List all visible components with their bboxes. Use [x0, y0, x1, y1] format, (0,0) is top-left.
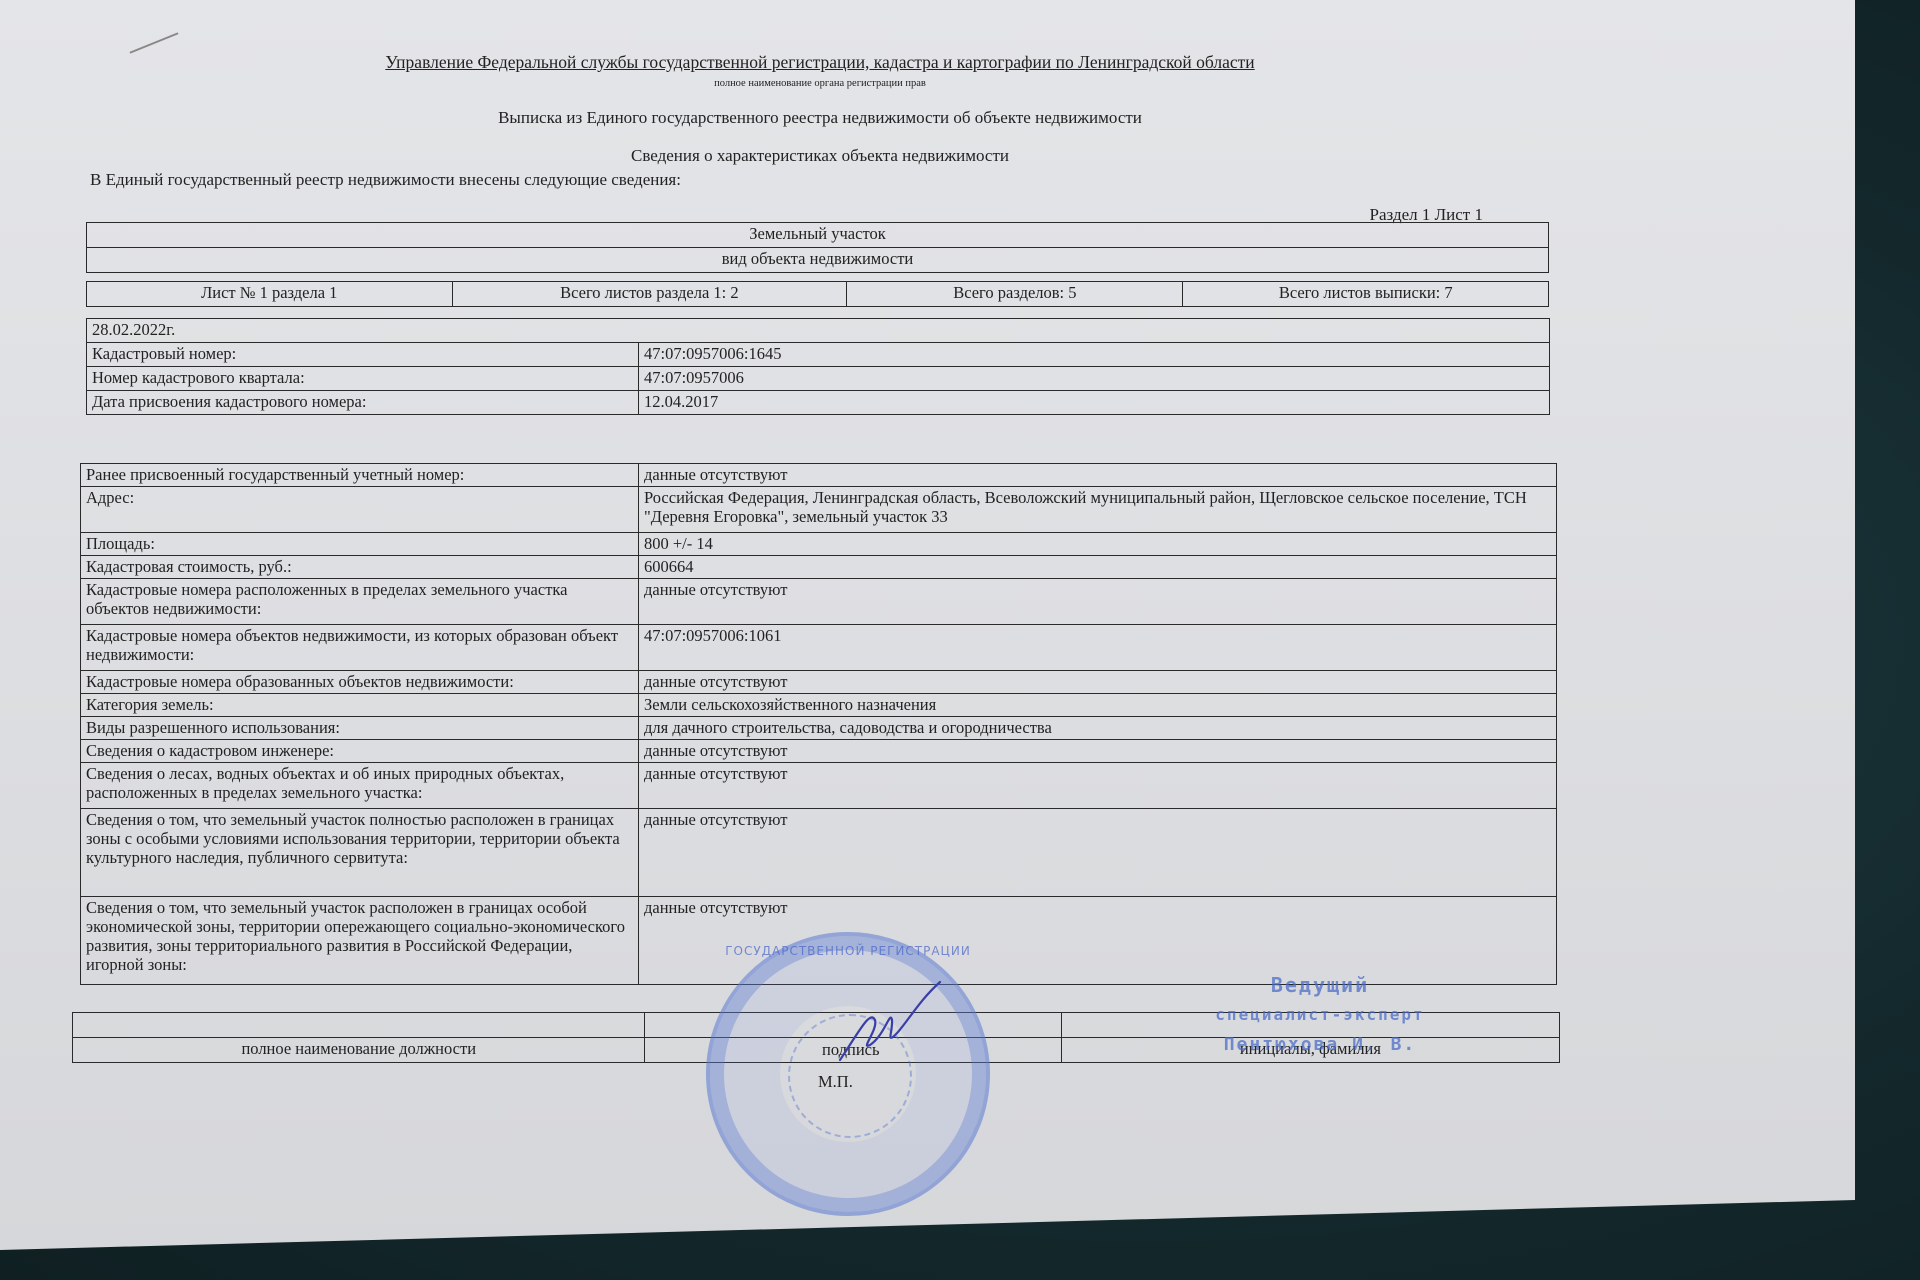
row-label: Кадастровый номер: [87, 343, 639, 367]
row-value: данные отсутствуют [639, 809, 1557, 897]
seal-place-caption: М.П. [818, 1072, 853, 1092]
row-label: Кадастровые номера объектов недвижимости… [81, 625, 639, 671]
table-row: Сведения о лесах, водных объектах и об и… [81, 763, 1557, 809]
extract-date: 28.02.2022г. [87, 319, 1550, 343]
row-label: Ранее присвоенный государственный учетны… [81, 464, 639, 487]
row-value: данные отсутствуют [639, 464, 1557, 487]
area-value: 800 +/- 14 [639, 533, 1557, 556]
table-row: Ранее присвоенный государственный учетны… [81, 464, 1557, 487]
name-cell [1061, 1013, 1559, 1038]
source-cadastral-number: 47:07:0957006:1061 [639, 625, 1557, 671]
main-info-table: 28.02.2022г. Кадастровый номер: 47:07:09… [86, 318, 1550, 415]
pencil-mark [130, 32, 179, 53]
cadastral-number: 47:07:0957006:1645 [639, 343, 1550, 367]
row-label: Площадь: [81, 533, 639, 556]
sheets-table: Лист № 1 раздела 1 Всего листов раздела … [86, 281, 1549, 307]
assignment-date: 12.04.2017 [639, 391, 1550, 415]
signature-caption-text: подпись [822, 1040, 880, 1060]
row-label: Сведения о том, что земельный участок ра… [81, 897, 639, 985]
row-label: Кадастровая стоимость, руб.: [81, 556, 639, 579]
table-row: Сведения о кадастровом инженере: данные … [81, 740, 1557, 763]
row-label: Кадастровые номера образованных объектов… [81, 671, 639, 694]
signature-table: полное наименование должности инициалы, … [72, 1012, 1560, 1063]
row-label: Сведения о том, что земельный участок по… [81, 809, 639, 897]
table-row: Кадастровые номера образованных объектов… [81, 671, 1557, 694]
row-label: Виды разрешенного использования: [81, 717, 639, 740]
table-row: Виды разрешенного использования: для дач… [81, 717, 1557, 740]
row-value: данные отсутствуют [639, 740, 1557, 763]
row-label: Дата присвоения кадастрового номера: [87, 391, 639, 415]
organization-caption: полное наименование органа регистрации п… [330, 78, 1310, 89]
address-value: Российская Федерация, Ленинградская обла… [639, 487, 1557, 533]
properties-table: Ранее присвоенный государственный учетны… [80, 463, 1557, 985]
table-row: Адрес: Российская Федерация, Ленинградск… [81, 487, 1557, 533]
table-row: Сведения о том, что земельный участок ра… [81, 897, 1557, 985]
permitted-use: для дачного строительства, садоводства и… [639, 717, 1557, 740]
table-row: Площадь: 800 +/- 14 [81, 533, 1557, 556]
row-value: данные отсутствуют [639, 897, 1557, 985]
intro-text: В Единый государственный реестр недвижим… [90, 170, 681, 190]
row-value: данные отсутствуют [639, 671, 1557, 694]
row-label: Адрес: [81, 487, 639, 533]
table-row: Сведения о том, что земельный участок по… [81, 809, 1557, 897]
cadastral-value: 600664 [639, 556, 1557, 579]
table-row: Кадастровые номера расположенных в преде… [81, 579, 1557, 625]
row-label: Категория земель: [81, 694, 639, 717]
total-sections: Всего разделов: 5 [847, 282, 1183, 307]
position-cell [73, 1013, 645, 1038]
sheet-number: Лист № 1 раздела 1 [87, 282, 453, 307]
cadastral-quarter: 47:07:0957006 [639, 367, 1550, 391]
signature-cell [645, 1013, 1061, 1038]
position-caption: полное наименование должности [73, 1038, 645, 1063]
row-label: Сведения о кадастровом инженере: [81, 740, 639, 763]
organization-name: Управление Федеральной службы государств… [330, 52, 1310, 73]
row-label: Номер кадастрового квартала: [87, 367, 639, 391]
object-kind-value: Земельный участок [87, 223, 1549, 248]
table-row: Кадастровые номера объектов недвижимости… [81, 625, 1557, 671]
table-row: Номер кадастрового квартала: 47:07:09570… [87, 367, 1550, 391]
row-label: Кадастровые номера расположенных в преде… [81, 579, 639, 625]
object-kind-table: Земельный участок вид объекта недвижимос… [86, 222, 1549, 273]
row-label: Сведения о лесах, водных объектах и об и… [81, 763, 639, 809]
row-value: данные отсутствуют [639, 579, 1557, 625]
total-sheets: Всего листов выписки: 7 [1183, 282, 1549, 307]
total-sheets-section: Всего листов раздела 1: 2 [452, 282, 847, 307]
land-category: Земли сельскохозяйственного назначения [639, 694, 1557, 717]
document-title: Выписка из Единого государственного реес… [330, 108, 1310, 128]
table-row: Дата присвоения кадастрового номера: 12.… [87, 391, 1550, 415]
name-caption: инициалы, фамилия [1061, 1038, 1559, 1063]
document-subtitle: Сведения о характеристиках объекта недви… [330, 146, 1310, 166]
table-row: Кадастровый номер: 47:07:0957006:1645 [87, 343, 1550, 367]
table-row: Кадастровая стоимость, руб.: 600664 [81, 556, 1557, 579]
document-page: Управление Федеральной службы государств… [0, 0, 1855, 1250]
table-row: Категория земель: Земли сельскохозяйстве… [81, 694, 1557, 717]
object-kind-caption: вид объекта недвижимости [87, 248, 1549, 273]
row-value: данные отсутствуют [639, 763, 1557, 809]
